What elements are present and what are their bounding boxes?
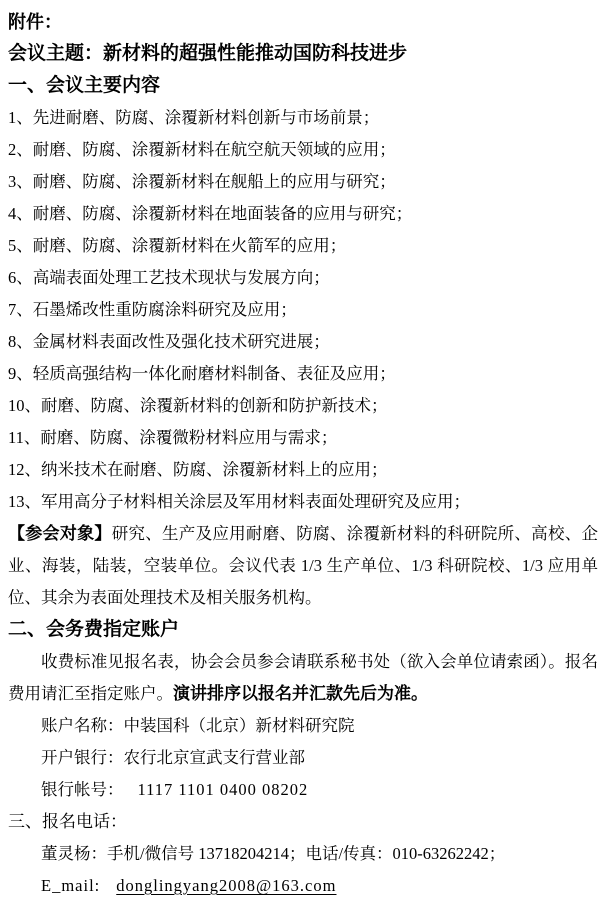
account-number-line: 银行帐号：1117 1101 0400 08202	[8, 774, 598, 806]
section-1-heading: 一、会议主要内容	[8, 70, 598, 102]
participants-label: 【参会对象】	[8, 524, 112, 543]
agenda-item-6: 6、高端表面处理工艺技术现状与发展方向；	[8, 262, 598, 294]
account-name-line: 账户名称：中装国科（北京）新材料研究院	[8, 710, 598, 742]
agenda-item-11: 11、耐磨、防腐、涂覆微粉材料应用与需求；	[8, 422, 598, 454]
email-label: E_mail:	[41, 876, 100, 895]
agenda-item-4: 4、耐磨、防腐、涂覆新材料在地面装备的应用与研究；	[8, 198, 598, 230]
contact-line: 董灵杨：手机/微信号 13718204214；电话/传真：010-6326224…	[8, 838, 598, 870]
bank-branch-line: 开户银行：农行北京宣武支行营业部	[8, 742, 598, 774]
agenda-item-9: 9、轻质高强结构一体化耐磨材料制备、表征及应用；	[8, 358, 598, 390]
account-number-value: 1117 1101 0400 08202	[138, 780, 309, 799]
email-link[interactable]: donglingyang2008@163.com	[116, 876, 336, 895]
fee-paragraph: 收费标准见报名表，协会会员参会请联系秘书处（欲入会单位请索函）。报名费用请汇至指…	[8, 646, 598, 710]
attachment-label: 附件：	[8, 6, 598, 38]
agenda-item-3: 3、耐磨、防腐、涂覆新材料在舰船上的应用与研究；	[8, 166, 598, 198]
page-title: 会议主题：新材料的超强性能推动国防科技进步	[8, 38, 598, 70]
agenda-item-5: 5、耐磨、防腐、涂覆新材料在火箭军的应用；	[8, 230, 598, 262]
document-page: 附件： 会议主题：新材料的超强性能推动国防科技进步 一、会议主要内容 1、先进耐…	[0, 0, 606, 905]
agenda-item-1: 1、先进耐磨、防腐、涂覆新材料创新与市场前景；	[8, 102, 598, 134]
agenda-item-10: 10、耐磨、防腐、涂覆新材料的创新和防护新技术；	[8, 390, 598, 422]
agenda-item-12: 12、纳米技术在耐磨、防腐、涂覆新材料上的应用；	[8, 454, 598, 486]
account-number-label: 银行帐号：	[41, 780, 124, 799]
fee-bold-note: 演讲排序以报名并汇款先后为准。	[173, 684, 428, 703]
section-2-heading: 二、会务费指定账户	[8, 614, 598, 646]
agenda-item-2: 2、耐磨、防腐、涂覆新材料在航空航天领域的应用；	[8, 134, 598, 166]
email-line: E_mail:donglingyang2008@163.com	[8, 870, 598, 902]
agenda-item-13: 13、军用高分子材料相关涂层及军用材料表面处理研究及应用；	[8, 486, 598, 518]
agenda-item-7: 7、石墨烯改性重防腐涂料研究及应用；	[8, 294, 598, 326]
agenda-item-8: 8、金属材料表面改性及强化技术研究进展；	[8, 326, 598, 358]
section-3-heading: 三、报名电话：	[8, 806, 598, 838]
participants-paragraph: 【参会对象】研究、生产及应用耐磨、防腐、涂覆新材料的科研院所、高校、企业、海装，…	[8, 518, 598, 614]
